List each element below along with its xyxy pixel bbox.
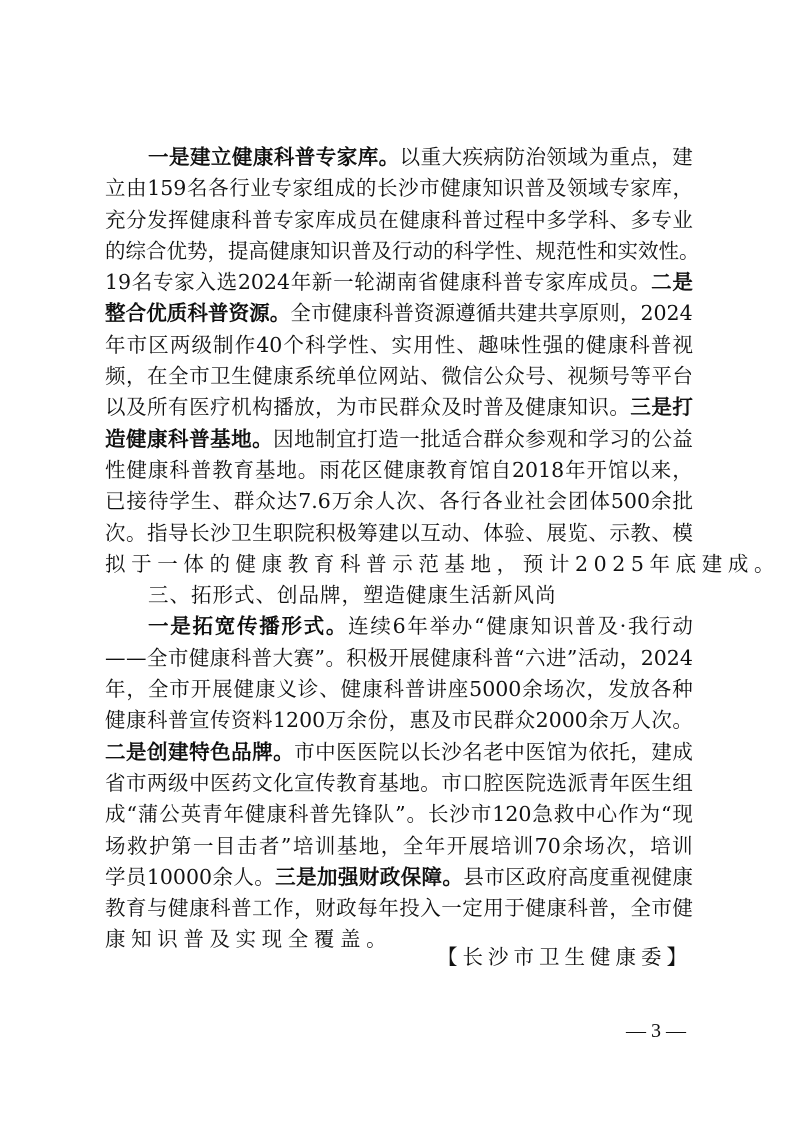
text-line: 的综合优势，提高健康知识普及行动的科学性、规范性和实效性。 — [105, 236, 693, 267]
text-line: 次。指导长沙卫生职院积极筹建以互动、体验、展览、示教、模 — [105, 518, 693, 549]
text-line: 场救护第一目击者”培训基地，全年开展培训70余场次，培训 — [105, 831, 693, 862]
text-line: 性健康科普教育基地。雨花区健康教育馆自2018年开馆以来， — [105, 455, 693, 486]
text-line: 省市两级中医药文化宣传教育基地。市口腔医院选派青年医生组 — [105, 768, 693, 799]
text-line: 年，全市开展健康义诊、健康科普讲座5000余场次，发放各种 — [105, 674, 693, 705]
text-line: 造健康科普基地。因地制宜打造一批适合群众参观和学习的公益 — [105, 424, 693, 455]
body-text: 一是建立健康科普专家库。以重大疾病防治领域为重点，建立由159名各行业专家组成的… — [105, 142, 693, 956]
text-line: 二是创建特色品牌。市中医医院以长沙名老中医馆为依托，建成 — [105, 737, 693, 768]
text-line: 一是建立健康科普专家库。以重大疾病防治领域为重点，建 — [105, 142, 693, 173]
text-line: 拟于一体的健康教育科普示范基地，预计2025年底建成。 — [105, 549, 693, 580]
text-line: ——全市健康科普大赛”。积极开展健康科普“六进”活动，2024 — [105, 643, 693, 674]
text-line: 健康科普宣传资料1200万余份，惠及市民群众2000余万人次。 — [105, 705, 693, 736]
signature: 【长沙市卫生健康委】 — [437, 940, 692, 970]
section-heading: 三、拓形式、创品牌，塑造健康生活新风尚 — [105, 580, 693, 611]
document-page: 一是建立健康科普专家库。以重大疾病防治领域为重点，建立由159名各行业专家组成的… — [0, 0, 794, 1123]
text-line: 立由159名各行业专家组成的长沙市健康知识普及领域专家库， — [105, 173, 693, 204]
text-line: 以及所有医疗机构播放，为市民群众及时普及健康知识。三是打 — [105, 392, 693, 423]
text-line: 年市区两级制作40个科学性、实用性、趣味性强的健康科普视 — [105, 330, 693, 361]
text-line: 教育与健康科普工作，财政每年投入一定用于健康科普，全市健 — [105, 893, 693, 924]
text-line: 19名专家入选2024年新一轮湖南省健康科普专家库成员。二是 — [105, 267, 693, 298]
text-line: 一是拓宽传播形式。连续6年举办“健康知识普及·我行动 — [105, 611, 693, 642]
text-line: 整合优质科普资源。全市健康科普资源遵循共建共享原则，2024 — [105, 298, 693, 329]
text-line: 频，在全市卫生健康系统单位网站、微信公众号、视频号等平台 — [105, 361, 693, 392]
text-line: 充分发挥健康科普专家库成员在健康科普过程中多学科、多专业 — [105, 205, 693, 236]
text-line: 已接待学生、群众达7.6万余人次、各行各业社会团体500余批 — [105, 486, 693, 517]
text-line: 学员10000余人。三是加强财政保障。县市区政府高度重视健康 — [105, 862, 693, 893]
page-number: — 3 — — [626, 1020, 686, 1043]
text-line: 成“蒲公英青年健康科普先锋队”。长沙市120急救中心作为“现 — [105, 799, 693, 830]
